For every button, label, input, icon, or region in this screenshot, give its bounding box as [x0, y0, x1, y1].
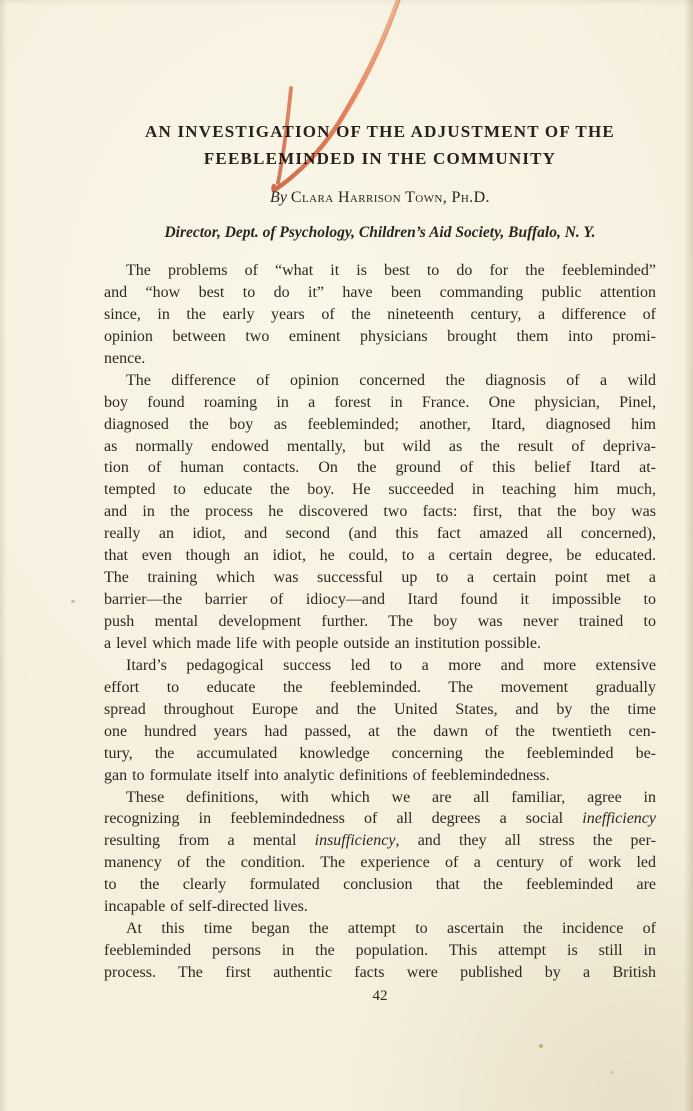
- text-line: effort to educate the feebleminded. The …: [104, 677, 656, 699]
- author-name: Clara Harrison Town, Ph.D.: [291, 189, 490, 206]
- text-line: At this time began the attempt to ascert…: [104, 918, 656, 940]
- text-line: These definitions, with which we are all…: [104, 787, 656, 809]
- scanned-page: AN INVESTIGATION OF THE ADJUSTMENT OF TH…: [0, 0, 693, 1111]
- byline-prefix: By: [270, 189, 287, 206]
- text-line: opinion between two eminent physicians b…: [104, 326, 656, 348]
- text-line: tempted to educate the boy. He succeeded…: [104, 479, 656, 501]
- text-line: recognizing in feeblemindedness of all d…: [104, 808, 656, 830]
- text-line: really an idiot, and second (and this fa…: [104, 523, 656, 545]
- paper-speck: [539, 1044, 543, 1048]
- text-line: push mental development further. The boy…: [104, 611, 656, 633]
- text-line: feebleminded persons in the population. …: [104, 940, 656, 962]
- text-line: nence.: [104, 348, 656, 370]
- paragraph: The problems of “what it is best to do f…: [104, 260, 656, 370]
- text-line: tury, the accumulated knowledge concerni…: [104, 743, 656, 765]
- text-line: to the clearly formulated conclusion tha…: [104, 874, 656, 896]
- paragraph: The difference of opinion concerned the …: [104, 370, 656, 655]
- paragraph: At this time began the attempt to ascert…: [104, 918, 656, 984]
- author-affiliation: Director, Dept. of Psychology, Children’…: [104, 223, 656, 243]
- text-line: gan to formulate itself into analytic de…: [104, 765, 656, 787]
- paper-speck: [610, 1071, 613, 1074]
- article-title-line-1: AN INVESTIGATION OF THE ADJUSTMENT OF TH…: [104, 118, 656, 145]
- text-line: that even though an idiot, he could, to …: [104, 545, 656, 567]
- text-line: tion of human contacts. On the ground of…: [104, 457, 656, 479]
- text-line: a level which made life with people outs…: [104, 633, 656, 655]
- text-line: one hundred years had passed, at the daw…: [104, 721, 656, 743]
- text-line: boy found roaming in a forest in France.…: [104, 392, 656, 414]
- text-line: and “how best to do it” have been comman…: [104, 282, 656, 304]
- text-line: process. The first authentic facts were …: [104, 962, 656, 984]
- text-line: incapable of self-directed lives.: [104, 896, 656, 918]
- text-line: resulting from a mental insufficiency, a…: [104, 830, 656, 852]
- text-line: Itard’s pedagogical success led to a mor…: [104, 655, 656, 677]
- page-number: 42: [104, 985, 656, 1007]
- text-line: as normally endowed mentally, but wild a…: [104, 436, 656, 458]
- paragraph: Itard’s pedagogical success led to a mor…: [104, 655, 656, 787]
- text-line: since, in the early years of the ninetee…: [104, 304, 656, 326]
- text-line: and in the process he discovered two fac…: [104, 501, 656, 523]
- paragraph: These definitions, with which we are all…: [104, 787, 656, 919]
- paper-speck: [71, 600, 75, 603]
- text-line: The training which was successful up to …: [104, 567, 656, 589]
- text-line: spread throughout Europe and the United …: [104, 699, 656, 721]
- text-line: The difference of opinion concerned the …: [104, 370, 656, 392]
- byline: By Clara Harrison Town, Ph.D.: [104, 188, 656, 208]
- article-title-line-2: FEEBLEMINDED IN THE COMMUNITY: [104, 145, 656, 172]
- text-line: barrier—the barrier of idiocy—and Itard …: [104, 589, 656, 611]
- text-line: diagnosed the boy as feebleminded; anoth…: [104, 414, 656, 436]
- text-line: manency of the condition. The experience…: [104, 852, 656, 874]
- body-text: The problems of “what it is best to do f…: [104, 260, 656, 984]
- page-content: AN INVESTIGATION OF THE ADJUSTMENT OF TH…: [104, 0, 656, 1007]
- article-title: AN INVESTIGATION OF THE ADJUSTMENT OF TH…: [104, 118, 656, 172]
- text-line: The problems of “what it is best to do f…: [104, 260, 656, 282]
